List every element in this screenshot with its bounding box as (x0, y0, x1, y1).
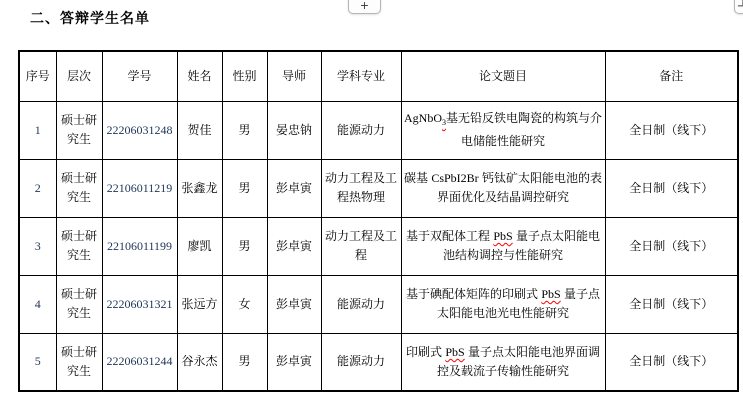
cell-note: 全日制（线下） (605, 159, 738, 217)
cell-name: 廖凯 (177, 217, 222, 275)
corner-icon: ┘ (738, 0, 743, 12)
cell-level: 硕士研究生 (56, 275, 102, 333)
thesis-text: 基于双配体工程 (406, 229, 493, 243)
cell-advisor: 彭卓寅 (267, 333, 321, 391)
thesis-text: 基无铅反铁电陶瓷的构筑与介电储能性能研究 (446, 111, 602, 148)
cell-seq: 5 (19, 333, 56, 391)
cell-gender: 男 (222, 101, 267, 159)
table-row: 1硕士研究生22206031248贺佳男晏忠钠能源动力AgNbO3基无铅反铁电陶… (19, 101, 738, 159)
cell-student_id: 22106011199 (102, 217, 177, 275)
cell-level: 硕士研究生 (56, 101, 102, 159)
cell-seq: 1 (19, 101, 56, 159)
cell-thesis: 印刷式 PbS 量子点太阳能电池界面调控及载流子传输性能研究 (401, 333, 605, 391)
cell-thesis: 基于碘配体矩阵的印刷式 PbS 量子点太阳能电池光电性能研究 (401, 275, 605, 333)
add-button[interactable]: + (348, 0, 381, 14)
misspelled-term: PbS (445, 345, 464, 359)
thesis-text: CsPbI2Br (431, 171, 478, 185)
cell-seq: 3 (19, 217, 56, 275)
cell-student_id: 22206031244 (102, 333, 177, 391)
cell-advisor: 晏忠钠 (267, 101, 321, 159)
cell-level: 硕士研究生 (56, 333, 102, 391)
table-row: 3硕士研究生22106011199廖凯男彭卓寅动力工程及工程基于双配体工程 Pb… (19, 217, 738, 275)
column-header-advisor: 导师 (267, 51, 321, 101)
cell-major: 能源动力 (321, 333, 401, 391)
column-header-major: 学科专业 (321, 51, 401, 101)
cell-major: 能源动力 (321, 275, 401, 333)
cell-gender: 男 (222, 217, 267, 275)
table-header-row: 序号层次学号姓名性别导师学科专业论文题目备注 (19, 51, 738, 101)
cell-note: 全日制（线下） (605, 101, 738, 159)
cell-thesis: 碳基 CsPbI2Br 钙钛矿太阳能电池的表界面优化及结晶调控研究 (401, 159, 605, 217)
cell-name: 张鑫龙 (177, 159, 222, 217)
cell-name: 谷永杰 (177, 333, 222, 391)
cell-level: 硕士研究生 (56, 217, 102, 275)
column-header-note: 备注 (605, 51, 738, 101)
thesis-text: 印刷式 (406, 345, 445, 359)
table-row: 2硕士研究生22106011219张鑫龙男彭卓寅动力工程及工程热物理碳基 CsP… (19, 159, 738, 217)
thesis-text: AgNbO (404, 111, 442, 125)
cell-note: 全日制（线下） (605, 333, 738, 391)
partial-right-button[interactable]: ┘ (734, 0, 743, 14)
column-header-student_id: 学号 (102, 51, 177, 101)
student-roster-table: 序号层次学号姓名性别导师学科专业论文题目备注 1硕士研究生22206031248… (18, 50, 739, 392)
cell-note: 全日制（线下） (605, 217, 738, 275)
cell-student_id: 22206031248 (102, 101, 177, 159)
cell-note: 全日制（线下） (605, 275, 738, 333)
cell-seq: 4 (19, 275, 56, 333)
plus-icon: + (360, 0, 368, 12)
cell-advisor: 彭卓寅 (267, 159, 321, 217)
column-header-level: 层次 (56, 51, 102, 101)
thesis-text: 基于碘配体矩阵的印刷式 (406, 287, 541, 301)
column-header-gender: 性别 (222, 51, 267, 101)
thesis-text: 碳基 (404, 171, 431, 185)
cell-gender: 女 (222, 275, 267, 333)
cell-student_id: 22106011219 (102, 159, 177, 217)
cell-thesis: AgNbO3基无铅反铁电陶瓷的构筑与介电储能性能研究 (401, 101, 605, 159)
column-header-seq: 序号 (19, 51, 56, 101)
cell-level: 硕士研究生 (56, 159, 102, 217)
cell-major: 能源动力 (321, 101, 401, 159)
misspelled-term: PbS (541, 287, 560, 301)
table-row: 5硕士研究生22206031244谷永杰男彭卓寅能源动力印刷式 PbS 量子点太… (19, 333, 738, 391)
cell-thesis: 基于双配体工程 PbS 量子点太阳能电池结构调控与性能研究 (401, 217, 605, 275)
cell-major: 动力工程及工程热物理 (321, 159, 401, 217)
table-row: 4硕士研究生22206031321张远方女彭卓寅能源动力基于碘配体矩阵的印刷式 … (19, 275, 738, 333)
misspelled-term: PbS (493, 229, 512, 243)
cell-gender: 男 (222, 159, 267, 217)
cell-name: 贺佳 (177, 101, 222, 159)
column-header-thesis: 论文题目 (401, 51, 605, 101)
cell-seq: 2 (19, 159, 56, 217)
cell-name: 张远方 (177, 275, 222, 333)
cell-major: 动力工程及工程 (321, 217, 401, 275)
column-header-name: 姓名 (177, 51, 222, 101)
cell-advisor: 彭卓寅 (267, 217, 321, 275)
cell-gender: 男 (222, 333, 267, 391)
cell-student_id: 22206031321 (102, 275, 177, 333)
document-page: + ┘ 二、答辩学生名单 序号层次学号姓名性别导师学科专业论文题目备注 1硕士研… (0, 0, 743, 413)
cell-advisor: 彭卓寅 (267, 275, 321, 333)
section-heading: 二、答辩学生名单 (30, 8, 150, 28)
